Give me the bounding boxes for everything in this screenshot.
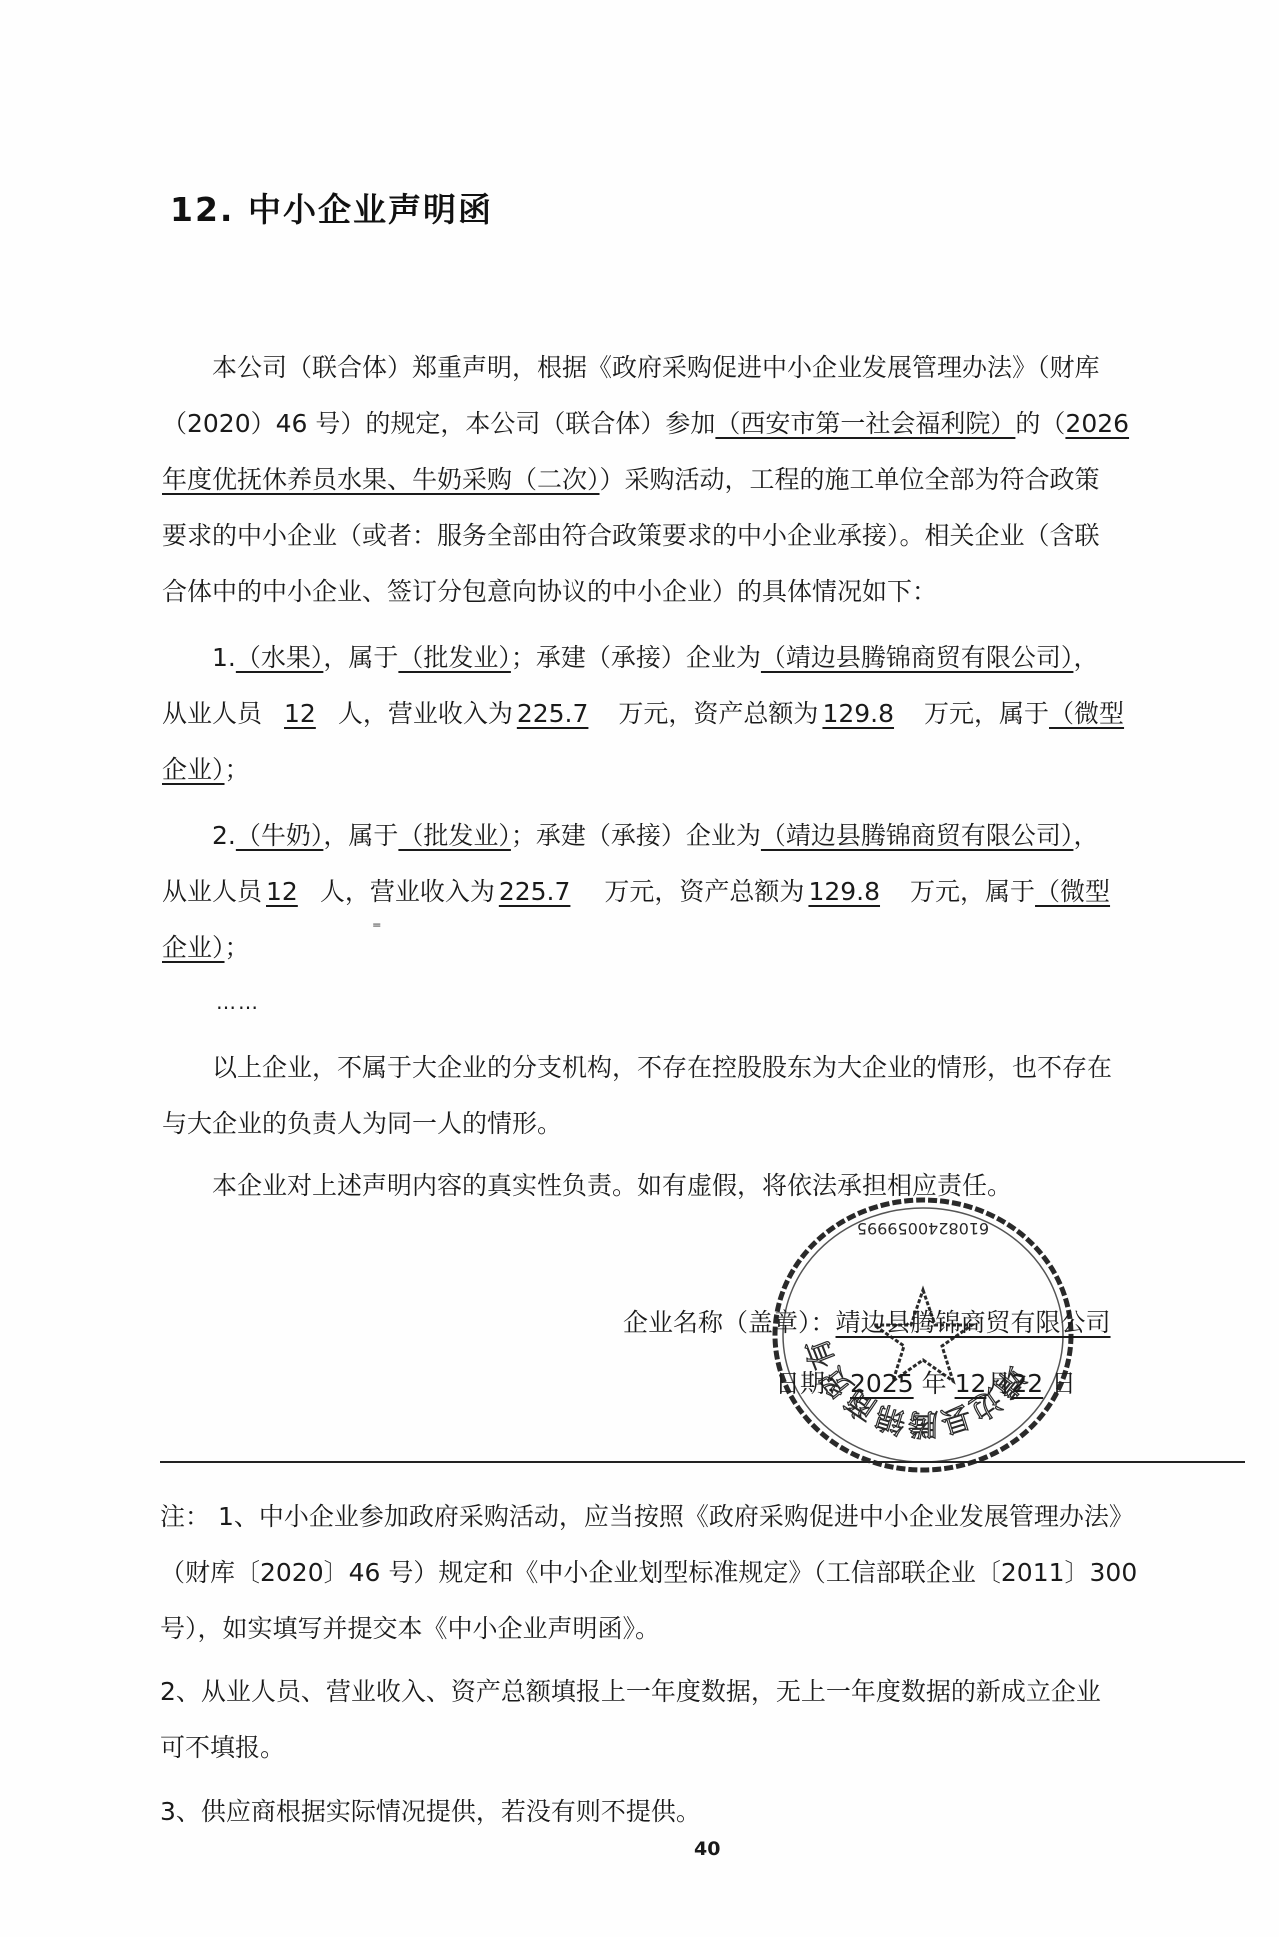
item-size: 企业） [162,933,225,962]
item-product: （水果） [236,643,324,672]
project-name: 年度优抚休养员水果、牛奶采购（二次） [162,465,600,494]
item-2-line-1: 2.（牛奶），属于（批发业）；承建（承接）企业为（靖边县腾锦商贸有限公司）， [212,816,1098,852]
note-3: 3、供应商根据实际情况提供，若没有则不提供。 [160,1792,701,1828]
item-label: 万元，属于 [910,877,1035,906]
item-punct: ， [1073,821,1098,850]
date-month: 12 [955,1369,987,1398]
item-label: 人，营业收入为 [338,699,513,728]
note-2-line-1: 2、从业人员、营业收入、资产总额填报上一年度数据，无上一年度数据的新成立企业 [160,1672,1101,1708]
item-number: 2. [212,821,236,850]
intro-line-1: 本公司（联合体）郑重声明，根据《政府采购促进中小企业发展管理办法》（财库 [212,348,1100,384]
intro-line-3: 年度优抚休养员水果、牛奶采购（二次））采购活动，工程的施工单位全部为符合政策 [162,460,1100,496]
item-label: 从业人员 [162,877,262,906]
item-product: （牛奶） [236,821,324,850]
item-contractor: （靖边县腾锦商贸有限公司） [761,643,1074,672]
stamp-code: 6108240059995 [857,1219,989,1238]
item-label: 从业人员 [162,699,262,728]
intro-line-2: （2020）46 号）的规定，本公司（联合体）参加（西安市第一社会福利院）的（2… [162,404,1129,440]
item-label: 万元，属于 [924,699,1049,728]
item-revenue: 225.7 [513,699,619,728]
intro-line-4: 要求的中小企业（或者：服务全部由符合政策要求的中小企业承接）。相关企业（含联 [162,516,1100,552]
statement-1-line-1: 以上企业，不属于大企业的分支机构，不存在控股股东为大企业的情形，也不存在 [212,1048,1112,1084]
date-year-unit: 年 [922,1369,947,1398]
note-1-line-3: 号），如实填写并提交本《中小企业声明函》。 [160,1609,660,1645]
item-employees: 12 [262,877,320,906]
item-size: （微型 [1049,699,1124,728]
note-2-line-2: 可不填报。 [160,1728,285,1764]
item-label: ；承建（承接）企业为 [511,821,761,850]
document-page: 12. 中小企业声明函 本公司（联合体）郑重声明，根据《政府采购促进中小企业发展… [0,0,1279,1937]
item-industry: （批发业） [398,643,511,672]
date-label: 日期： [775,1369,850,1398]
intro-line-2-a: （2020）46 号）的规定，本公司（联合体）参加 [162,409,715,438]
item-1-line-2: 从业人员12人，营业收入为225.7万元，资产总额为129.8万元，属于（微型 [162,694,1124,730]
item-size: 企业） [162,755,225,784]
item-number: 1. [212,643,236,672]
note-1-line-1: 注： 1、中小企业参加政府采购活动，应当按照《政府采购促进中小企业发展管理办法》 [160,1497,1134,1533]
item-assets: 129.8 [818,699,924,728]
stray-pen-mark: ⁼ [372,918,382,939]
statement-1-line-2: 与大企业的负责人为同一人的情形。 [162,1104,562,1140]
date-year: 2025 [850,1369,914,1398]
item-punct: ， [1073,643,1098,672]
item-1-line-1: 1.（水果），属于（批发业）；承建（承接）企业为（靖边县腾锦商贸有限公司）， [212,638,1098,674]
purchaser-name: （西安市第一社会福利院） [715,409,1015,438]
item-label: ，属于 [323,643,398,672]
ellipsis: …… [216,990,260,1014]
item-employees: 12 [262,699,338,728]
item-contractor: （靖边县腾锦商贸有限公司） [761,821,1074,850]
item-label: 万元，资产总额为 [618,699,818,728]
company-label: 企业名称（盖章）： [623,1308,836,1337]
item-2-line-2: 从业人员12人，营业收入为225.7万元，资产总额为129.8万元，属于（微型 [162,872,1110,908]
item-industry: （批发业） [398,821,511,850]
page-title: 12. 中小企业声明函 [170,184,493,231]
item-assets: 129.8 [804,877,910,906]
separator-line [160,1461,1245,1463]
project-year: 2026 [1065,409,1129,438]
intro-line-5: 合体中的中小企业、签订分包意向协议的中小企业）的具体情况如下： [162,572,937,608]
item-2-line-3: 企业）； [162,928,250,964]
item-size: （微型 [1035,877,1110,906]
signature-company-line: 企业名称（盖章）：靖边县腾锦商贸有限公司 [623,1303,1111,1339]
intro-line-2-b: 的（ [1015,409,1065,438]
item-label: ；承建（承接）企业为 [511,643,761,672]
item-label: ，属于 [323,821,398,850]
date-day-unit: 日 [1051,1369,1076,1398]
item-1-line-3: 企业）； [162,750,250,786]
item-punct: ； [225,755,250,784]
note-1-line-2: （财库〔2020〕46 号）规定和《中小企业划型标准规定》（工信部联企业〔201… [160,1553,1137,1589]
item-label: 人，营业收入为 [320,877,495,906]
statement-2: 本企业对上述声明内容的真实性负责。如有虚假，将依法承担相应责任。 [212,1166,1012,1202]
item-revenue: 225.7 [495,877,605,906]
intro-line-3-b: ）采购活动，工程的施工单位全部为符合政策 [600,465,1100,494]
date-day: 22 [1011,1369,1043,1398]
item-punct: ； [225,933,250,962]
svg-text:靖边县腾锦商贸有限公司: 靖边县腾锦商贸有限公司 [799,1333,1078,1475]
company-name: 靖边县腾锦商贸有限公司 [836,1308,1111,1337]
signature-date-line: 日期：2025 年 12月22 日 [775,1364,1076,1400]
stamp-ring-text: 靖边县腾锦商贸有限公司 [799,1333,1078,1475]
date-month-unit: 月 [986,1369,1011,1398]
page-number: 40 [694,1838,720,1860]
item-label: 万元，资产总额为 [604,877,804,906]
